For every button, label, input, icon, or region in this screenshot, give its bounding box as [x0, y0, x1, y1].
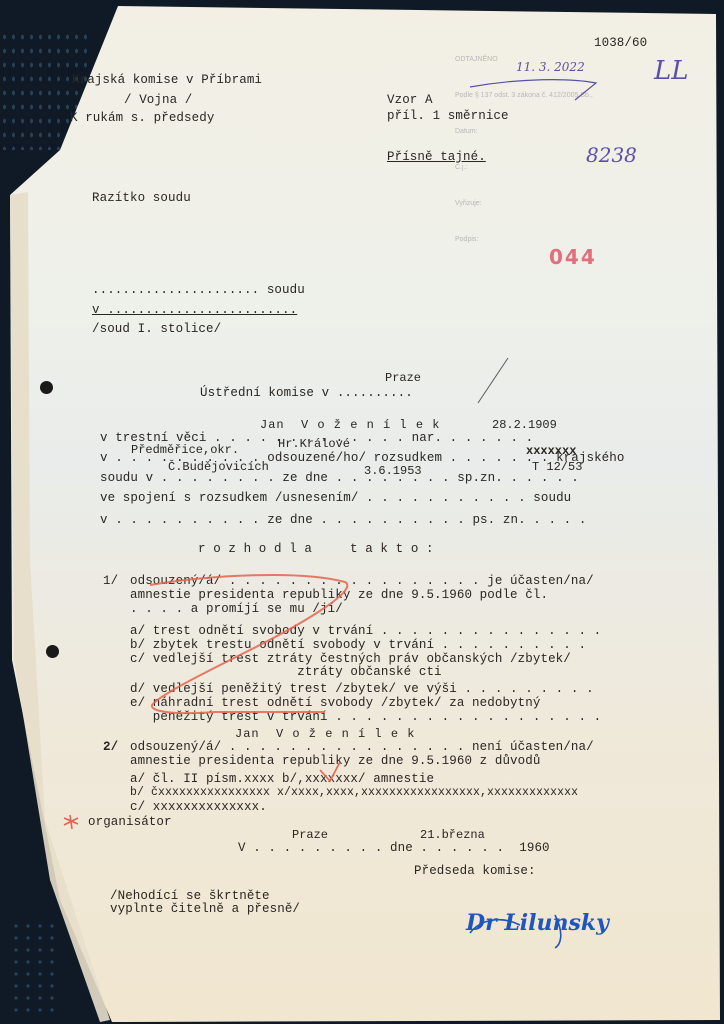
section1-line1: odsouzený/á/ . . . . . . . . . . . . . .… — [130, 574, 594, 588]
section1-number: 1/ — [103, 574, 118, 588]
section1-item: b/ zbytek trestu odnětí svobody v trvání… — [130, 638, 586, 652]
section1-line3: . . . . a promíjí se mu /jí/ — [130, 602, 343, 616]
punch-hole — [46, 645, 59, 658]
commission-name: Krajská komise v Příbrami — [72, 73, 262, 87]
background-pattern — [10, 920, 60, 1020]
court-stamp-label: Razítko soudu — [92, 191, 191, 205]
instructions-line1: /Nehodící se škrtněte — [110, 889, 270, 903]
court-name-line: ...................... soudu — [92, 283, 305, 297]
court-line: soudu v . . . . . . . . ze dne . . . . .… — [100, 471, 579, 485]
stamp-date: 11. 3. 2022 — [516, 60, 585, 74]
classification-label: Přísně tajné. — [387, 150, 486, 164]
signing-place: Praze — [292, 828, 328, 842]
court-place-line: v ......................... — [92, 303, 297, 317]
section2-item: b/ čxxxxxxxxxxxxxxxx x/xxxx,xxxx,xxxxxxx… — [130, 786, 578, 800]
section1-item: ztráty občanské cti — [130, 665, 442, 679]
second-court-line: v . . . . . . . . . . ze dne . . . . . .… — [100, 513, 586, 527]
stamp-line: Podle § 137 odst. 3 zákona č. 412/2005 S… — [455, 90, 593, 102]
attention-line: K rukám s. předsedy — [70, 111, 214, 125]
section1-line2: amnestie presidenta republiky ze dne 9.5… — [130, 588, 548, 602]
section1-item: a/ trest odnětí svobody v trvání . . . .… — [130, 624, 601, 638]
signature: Dr Lilunsky — [466, 910, 609, 936]
commission-location: / Vojna / — [124, 93, 192, 107]
section2-number: 2/ — [103, 740, 118, 754]
birth-date: 28.2.1909 — [492, 418, 557, 432]
place-date-line: V . . . . . . . . . dne . . . . . . 1960 — [238, 841, 550, 855]
connection-line: ve spojení s rozsudkem /usnesením/ . . .… — [100, 491, 571, 505]
section2-item: c/ xxxxxxxxxxxxxx. — [130, 800, 267, 814]
section2-note: organisátor — [88, 815, 172, 829]
section1-item: peněžitý trest v trvání . . . . . . . . … — [130, 710, 601, 724]
section1-item: d/ vedlejší peněžitý trest /zbytek/ ve v… — [130, 682, 594, 696]
court-instance: /soud I. stolice/ — [92, 322, 221, 336]
section2-line2: amnestie presidenta republiky ze dne 9.5… — [130, 754, 540, 768]
red-number-stamp: 044 — [549, 245, 597, 269]
section2-name: Jan V o ž e n í l e k — [235, 727, 415, 741]
punch-hole — [40, 381, 53, 394]
defendant-name: Jan V o ž e n í l e k — [260, 418, 440, 432]
central-commission: Ústřední komise v .......... — [200, 386, 413, 400]
section1-item: c/ vedlejší trest ztráty čestných práv o… — [130, 652, 571, 666]
form-label: Vzor A — [387, 93, 433, 107]
handwritten-initials: LL — [654, 56, 689, 86]
section2-item: a/ čl. II písm.xxxx b/,xxxxxxx/ amnestie — [130, 772, 434, 786]
file-number: 1038/60 — [594, 36, 647, 50]
form-attachment: příl. 1 směrnice — [387, 109, 509, 123]
section1-item: e/ náhradní trest odnětí svobody /zbytek… — [130, 696, 540, 710]
commission-place: Praze — [385, 371, 421, 385]
residence-district: Hr.Králové — [278, 437, 350, 451]
section2-line1: odsouzený/á/ . . . . . . . . . . . . . .… — [130, 740, 594, 754]
signing-date: 21.března — [420, 828, 485, 842]
chairman-label: Předseda komise: — [414, 864, 536, 878]
decision-heading: r o z h o d l a t a k t o : — [198, 542, 434, 556]
stamp-line: Datum: — [455, 126, 593, 138]
handwritten-number: 8238 — [586, 143, 637, 167]
stamp-line: Vyřizuje: — [455, 198, 593, 210]
instructions-line2: vyplnte čitelně a přesně/ — [110, 902, 300, 916]
